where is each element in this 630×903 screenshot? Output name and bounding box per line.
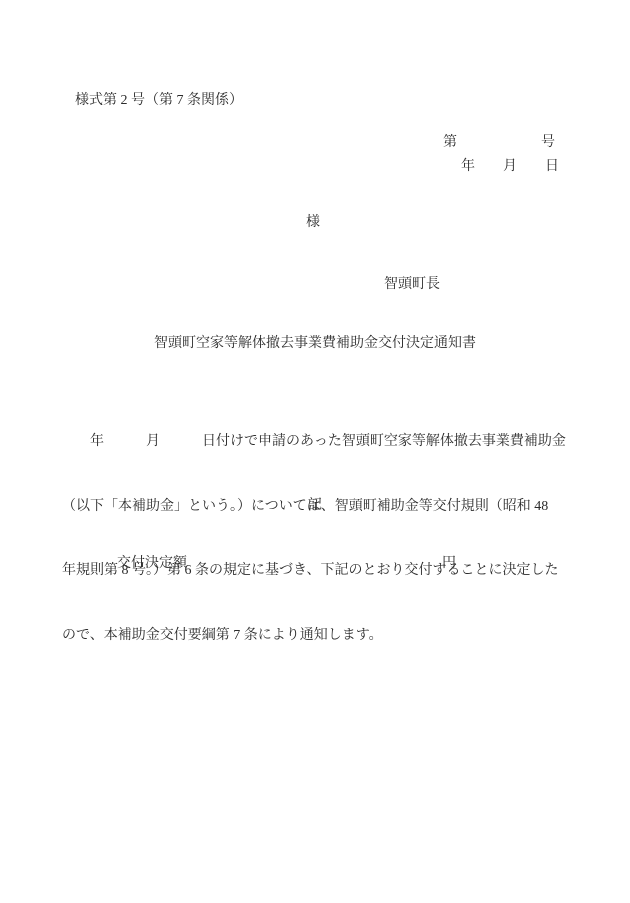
addressee-suffix: 様: [306, 213, 320, 233]
body-line: ので、本補助金交付要綱第 7 条により通知します。: [62, 625, 577, 647]
document-number-blank: 第 号: [443, 133, 555, 153]
document-title: 智頭町空家等解体撤去事業費補助金交付決定通知書: [0, 334, 630, 354]
grant-amount-unit: 円: [442, 554, 456, 574]
date-blank: 年 月 日: [461, 157, 559, 177]
document-page: 様式第 2 号（第 7 条関係） 第 号 年 月 日 様 智頭町長 智頭町空家等…: [0, 0, 630, 903]
grant-amount-label: 交付決定額: [117, 554, 187, 574]
form-number-label: 様式第 2 号（第 7 条関係）: [75, 91, 243, 111]
record-marker: 記: [0, 496, 630, 516]
body-paragraph: 年 月 日付けで申請のあった智頭町空家等解体撤去事業費補助金 （以下「本補助金」…: [62, 388, 577, 689]
body-line: 年 月 日付けで申請のあった智頭町空家等解体撤去事業費補助金: [62, 431, 577, 453]
sender-name: 智頭町長: [384, 275, 440, 295]
grant-amount-row: 交付決定額 円: [0, 554, 630, 576]
